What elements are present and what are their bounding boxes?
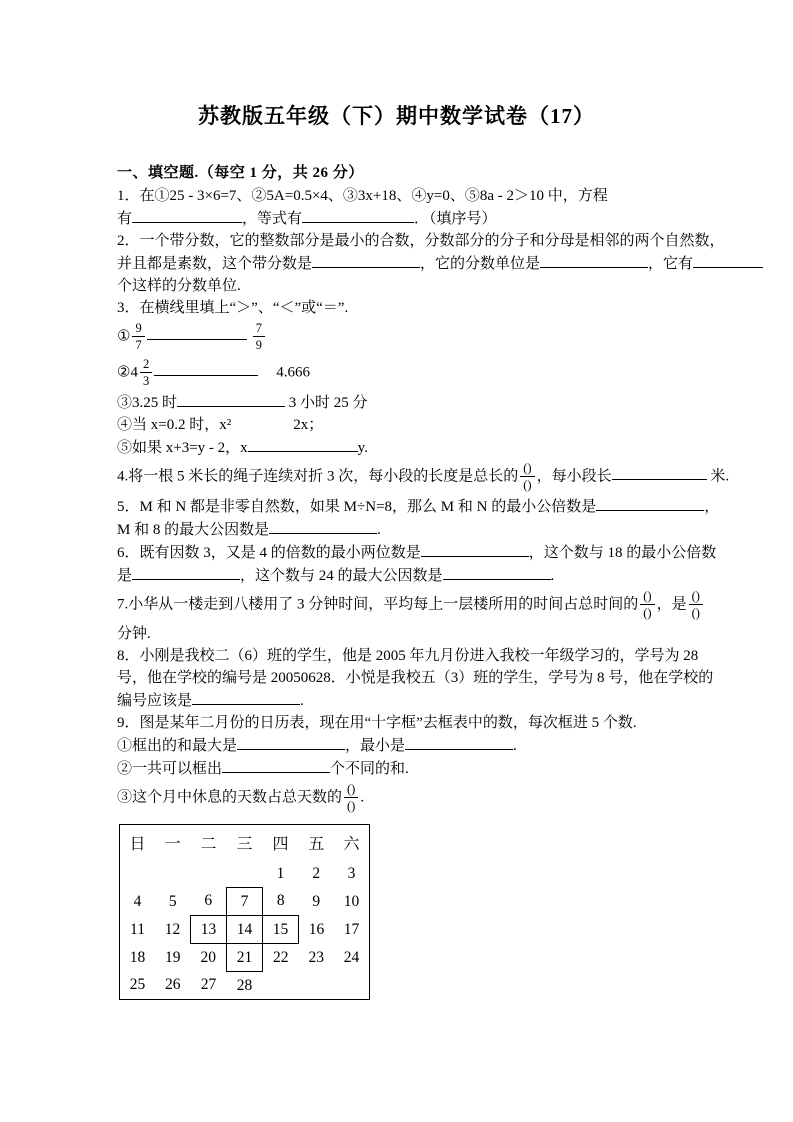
calendar-day-cell xyxy=(263,972,299,1000)
text-run: 个不同的和. xyxy=(330,761,409,777)
calendar-day-cell: 3 xyxy=(334,860,370,888)
text-run: 编号应该是 xyxy=(117,693,192,709)
calendar-week-row: 11121314151617 xyxy=(120,916,370,944)
text-run: 是 xyxy=(117,568,132,584)
text-run: 1．在①25 - 3×6=7、②5A=0.5×4、③3x+18、④y=0、⑤8a… xyxy=(117,188,608,204)
answer-blank xyxy=(132,207,242,223)
calendar-day-cell: 5 xyxy=(155,888,191,916)
fraction-numerator: () xyxy=(689,590,703,604)
answer-blank xyxy=(596,495,704,511)
answer-blank xyxy=(443,564,551,580)
calendar-day-cell xyxy=(299,972,335,1000)
answer-blank xyxy=(248,436,358,452)
question-line: 号，他在学校的编号是 20050628．小悦是我校五（3）班的学生，学号为 8 … xyxy=(117,667,685,689)
calendar-day-cell: 23 xyxy=(299,944,335,972)
exam-paper-page: 苏教版五年级（下）期中数学试卷（17） 一、填空题.（每空 1 分，共 26 分… xyxy=(0,0,793,1122)
calendar-day-cell: 1 xyxy=(263,860,299,888)
text-run: 5．M 和 N 都是非零自然数，如果 M÷N=8，那么 M 和 N 的最小公倍数… xyxy=(117,499,596,515)
calendar-weekday-header: 二 xyxy=(191,825,227,861)
text-run: ②4 xyxy=(117,364,138,380)
fraction: 97 xyxy=(131,319,145,355)
fraction-numerator: () xyxy=(640,590,654,604)
answer-blank xyxy=(312,252,420,268)
text-run: ③这个月中休息的天数占总天数的 xyxy=(117,789,342,805)
calendar-weekday-header: 五 xyxy=(299,825,335,861)
calendar-day-cell: 14 xyxy=(227,916,263,944)
text-run: 个这样的分数单位. xyxy=(117,278,241,294)
question-line: 7.小华从一楼走到八楼用了 3 分钟时间，平均每上一层楼所用的时间占总时间的()… xyxy=(117,587,685,623)
calendar-weekday-header: 日 xyxy=(120,825,156,861)
question-line: ①9779 xyxy=(117,319,685,355)
calendar-day-cell: 13 xyxy=(191,916,227,944)
text-run: 7.小华从一楼走到八楼用了 3 分钟时间，平均每上一层楼所用的时间占总时间的 xyxy=(117,596,638,612)
calendar-weekday-header: 六 xyxy=(334,825,370,861)
answer-blank xyxy=(132,564,240,580)
answer-blank xyxy=(405,734,513,750)
text-run: ，它的分数单位是 xyxy=(420,256,540,272)
question-line: ②4234.666 xyxy=(117,355,685,391)
answer-blank xyxy=(192,689,300,705)
text-run: . xyxy=(377,522,381,538)
calendar-day-cell: 8 xyxy=(263,888,299,916)
calendar-day-cell: 28 xyxy=(227,972,263,1000)
question-line: 9．图是某年二月份的日历表，现在用“十字框”去框表中的数，每次框进 5 个数. xyxy=(117,712,685,734)
fraction: ()() xyxy=(688,587,704,623)
text-run: ，它有 xyxy=(648,256,693,272)
fraction-denominator: 3 xyxy=(140,372,152,388)
question-line: 分钟. xyxy=(117,623,685,645)
fraction-denominator: 7 xyxy=(132,336,144,352)
answer-blank xyxy=(269,518,377,534)
question-line: 编号应该是. xyxy=(117,689,685,712)
calendar-week-row: 18192021222324 xyxy=(120,944,370,972)
fraction: 23 xyxy=(139,355,153,391)
question-line: ④当 x=0.2 时，x²2x； xyxy=(117,414,685,436)
text-run: 2．一个带分数，它的整数部分是最小的合数，分数部分的分子和分母是相邻的两个自然数… xyxy=(117,233,725,249)
calendar-day-cell xyxy=(155,860,191,888)
question-line: 4.将一根 5 米长的绳子连续对折 3 次，每小段的长度是总长的()()，每小段… xyxy=(117,459,685,495)
fraction-denominator: 9 xyxy=(253,336,265,352)
calendar-day-cell: 24 xyxy=(334,944,370,972)
fraction-numerator: () xyxy=(344,783,358,797)
question-line: ⑤如果 x+3=y - 2，xy. xyxy=(117,436,685,459)
question-line: 有，等式有．（填序号） xyxy=(117,207,685,230)
calendar-day-cell: 17 xyxy=(334,916,370,944)
text-run: 4.666 xyxy=(276,364,310,380)
calendar-day-cell xyxy=(191,860,227,888)
calendar-day-cell xyxy=(227,860,263,888)
text-run: ，这个数与 18 的最小公倍数 xyxy=(529,545,717,561)
question-line: ①框出的和最大是，最小是. xyxy=(117,734,685,757)
answer-blank xyxy=(177,391,285,407)
question-line: 并且都是素数，这个带分数是，它的分数单位是，它有 xyxy=(117,252,685,275)
document-body: 一、填空题.（每空 1 分，共 26 分） 1．在①25 - 3×6=7、②5A… xyxy=(117,162,685,1000)
answer-blank xyxy=(154,360,258,376)
text-run: . xyxy=(551,568,555,584)
text-run: . xyxy=(513,738,517,754)
calendar-day-cell: 26 xyxy=(155,972,191,1000)
text-run: 3 小时 25 分 xyxy=(285,395,368,411)
calendar-week-row: 123 xyxy=(120,860,370,888)
text-run: 4.将一根 5 米长的绳子连续对折 3 次，每小段的长度是总长的 xyxy=(117,468,518,484)
text-run: ．（填序号） xyxy=(414,211,497,227)
calendar-day-cell: 19 xyxy=(155,944,191,972)
answer-blank xyxy=(421,541,529,557)
text-run: ③3.25 时 xyxy=(117,395,177,411)
answer-blank xyxy=(612,464,707,480)
text-run: ④当 x=0.2 时，x² xyxy=(117,417,231,433)
text-run: ⑤如果 x+3=y - 2，x xyxy=(117,440,248,456)
fraction-numerator: 2 xyxy=(140,358,152,372)
section-heading: 一、填空题.（每空 1 分，共 26 分） xyxy=(117,162,685,184)
question-lines: 1．在①25 - 3×6=7、②5A=0.5×4、③3x+18、④y=0、⑤8a… xyxy=(117,185,685,816)
calendar-weekday-header: 四 xyxy=(263,825,299,861)
calendar-day-cell: 7 xyxy=(227,888,263,916)
text-run: . xyxy=(300,693,304,709)
question-line: 6．既有因数 3，又是 4 的倍数的最小两位数是，这个数与 18 的最小公倍数 xyxy=(117,541,685,564)
calendar-header-row: 日一二三四五六 xyxy=(120,825,370,861)
calendar-day-cell: 18 xyxy=(120,944,156,972)
answer-blank xyxy=(222,757,330,773)
text-run: 米. xyxy=(707,468,730,484)
fraction-denominator: () xyxy=(640,604,654,620)
text-run: 2x； xyxy=(293,417,323,433)
text-run: ，是 xyxy=(657,596,687,612)
calendar-day-cell: 22 xyxy=(263,944,299,972)
calendar-day-cell: 4 xyxy=(120,888,156,916)
calendar-weekday-header: 三 xyxy=(227,825,263,861)
calendar-day-cell: 12 xyxy=(155,916,191,944)
fraction-denominator: () xyxy=(520,476,534,492)
calendar-day-cell: 20 xyxy=(191,944,227,972)
fraction: ()() xyxy=(639,587,655,623)
text-run: ，最小是 xyxy=(345,738,405,754)
question-line: ③这个月中休息的天数占总天数的()(). xyxy=(117,780,685,816)
text-run: 6．既有因数 3，又是 4 的倍数的最小两位数是 xyxy=(117,545,421,561)
fraction-numerator: 7 xyxy=(253,322,265,336)
fraction-denominator: () xyxy=(689,604,703,620)
fraction-numerator: 9 xyxy=(132,322,144,336)
question-line: 5．M 和 N 都是非零自然数，如果 M÷N=8，那么 M 和 N 的最小公倍数… xyxy=(117,495,685,518)
page-title: 苏教版五年级（下）期中数学试卷（17） xyxy=(0,0,793,130)
question-line: 3．在横线里填上“＞”、“＜”或“＝”. xyxy=(117,297,685,319)
spacer-gap xyxy=(231,428,293,429)
calendar-day-cell: 6 xyxy=(191,888,227,916)
text-run: 8．小刚是我校二（6）班的学生，他是 2005 年九月份进入我校一年级学习的，学… xyxy=(117,648,698,664)
february-calendar-table: 日一二三四五六123456789101112131415161718192021… xyxy=(119,824,370,1000)
text-run: y. xyxy=(358,440,368,456)
answer-blank xyxy=(302,207,414,223)
text-run: . xyxy=(360,789,364,805)
text-run: 号，他在学校的编号是 20050628．小悦是我校五（3）班的学生，学号为 8 … xyxy=(117,670,713,686)
calendar-day-cell: 2 xyxy=(299,860,335,888)
question-line: M 和 8 的最大公因数是. xyxy=(117,518,685,541)
calendar-weekday-header: 一 xyxy=(155,825,191,861)
fraction: ()() xyxy=(343,780,359,816)
fraction: 79 xyxy=(252,319,266,355)
text-run: 并且都是素数，这个带分数是 xyxy=(117,256,312,272)
question-line: 1．在①25 - 3×6=7、②5A=0.5×4、③3x+18、④y=0、⑤8a… xyxy=(117,185,685,207)
calendar-day-cell: 16 xyxy=(299,916,335,944)
fraction: ()() xyxy=(519,459,535,495)
calendar-day-cell: 27 xyxy=(191,972,227,1000)
calendar-day-cell: 25 xyxy=(120,972,156,1000)
text-run: 9．图是某年二月份的日历表，现在用“十字框”去框表中的数，每次框进 5 个数. xyxy=(117,715,637,731)
calendar-week-row: 25262728 xyxy=(120,972,370,1000)
text-run: ① xyxy=(117,328,130,344)
text-run: ， xyxy=(704,499,719,515)
text-run: ①框出的和最大是 xyxy=(117,738,237,754)
answer-blank xyxy=(693,252,763,268)
calendar-day-cell: 10 xyxy=(334,888,370,916)
calendar-day-cell: 15 xyxy=(263,916,299,944)
text-run: ，每小段长 xyxy=(537,468,612,484)
calendar-day-cell: 9 xyxy=(299,888,335,916)
answer-blank xyxy=(540,252,648,268)
question-line: ②一共可以框出个不同的和. xyxy=(117,757,685,780)
text-run: 3．在横线里填上“＞”、“＜”或“＝”. xyxy=(117,300,348,316)
text-run: M 和 8 的最大公因数是 xyxy=(117,522,269,538)
fraction-numerator: () xyxy=(520,462,534,476)
text-run: ，等式有 xyxy=(242,211,302,227)
fraction-denominator: () xyxy=(344,797,358,813)
calendar-day-cell: 11 xyxy=(120,916,156,944)
answer-blank xyxy=(237,734,345,750)
answer-blank xyxy=(147,324,247,340)
question-line: 个这样的分数单位. xyxy=(117,275,685,297)
calendar-day-cell: 21 xyxy=(227,944,263,972)
question-line: 2．一个带分数，它的整数部分是最小的合数，分数部分的分子和分母是相邻的两个自然数… xyxy=(117,230,685,252)
text-run: 分钟. xyxy=(117,626,151,642)
spacer-gap xyxy=(258,375,276,376)
calendar-day-cell xyxy=(334,972,370,1000)
question-line: ③3.25 时 3 小时 25 分 xyxy=(117,391,685,414)
calendar-week-row: 45678910 xyxy=(120,888,370,916)
question-line: 是，这个数与 24 的最大公因数是. xyxy=(117,564,685,587)
spacer-gap xyxy=(247,339,251,340)
calendar-day-cell xyxy=(120,860,156,888)
question-line: 8．小刚是我校二（6）班的学生，他是 2005 年九月份进入我校一年级学习的，学… xyxy=(117,645,685,667)
text-run: ，这个数与 24 的最大公因数是 xyxy=(240,568,443,584)
text-run: 有 xyxy=(117,211,132,227)
text-run: ②一共可以框出 xyxy=(117,761,222,777)
